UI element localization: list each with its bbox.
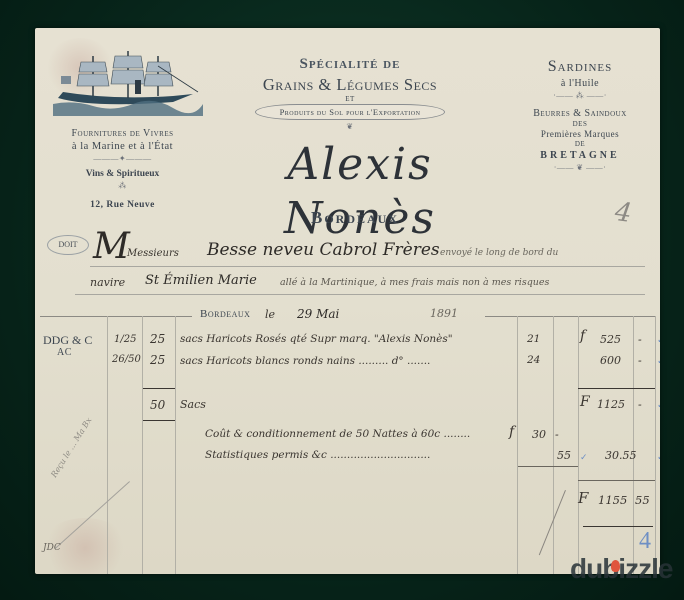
header-right-block: Sardines à l'Huile ·—— ⁂ ——· Beurres & S… — [505, 58, 655, 172]
address-line: 12, Rue Neuve — [35, 200, 210, 210]
check-mark-icon: ✓ — [657, 452, 660, 463]
item-mark-secondary: AC — [57, 347, 72, 358]
charges-total: 30.55 — [605, 449, 637, 462]
total-top-rule — [578, 480, 655, 481]
salutation-initial: M — [93, 226, 130, 267]
qty-total-rule — [143, 420, 175, 421]
oil-line: à l'Huile — [505, 78, 655, 89]
subtotal-cents: - — [638, 398, 642, 411]
item-description: sacs Haricots Rosés qté Supr marq. "Alex… — [180, 333, 453, 345]
item-cents: - — [638, 333, 642, 346]
de-label: DE — [505, 140, 655, 148]
item-amount: 525 — [600, 333, 621, 346]
col-divider — [142, 316, 143, 574]
grains-heading: Grains & Légumes Secs — [220, 75, 480, 95]
watermark-logo: dubizzle — [570, 553, 672, 585]
header-left-block: Fournitures de Vivres à la Marine et à l… — [35, 128, 210, 210]
subtotal-amount: 1125 — [597, 398, 625, 411]
col-divider — [175, 316, 176, 574]
doit-label: DOIT — [47, 235, 89, 255]
check-mark-icon: ✓ — [580, 452, 588, 463]
check-mark-icon: ✓ — [657, 356, 660, 367]
item-qty: 25 — [150, 353, 165, 367]
recipient-name: Besse neveu Cabrol Frères — [207, 240, 440, 260]
item-description: sacs Haricots blancs ronds nains .......… — [180, 355, 430, 367]
dateline-year: 1891 — [430, 307, 458, 320]
dateline-le: le — [265, 308, 275, 321]
des-label: DES — [505, 120, 655, 128]
wines-spirits-line: Vins & Spiritueux — [35, 169, 210, 179]
navire-label: navire — [90, 276, 125, 289]
col-divider — [107, 316, 108, 574]
total-cents: 55 — [635, 493, 650, 507]
flourish-icon: ❦ — [220, 122, 480, 131]
item-qty: 25 — [150, 332, 165, 346]
charge-description: Coût & conditionnement de 50 Nattes à 60… — [205, 428, 470, 440]
check-mark-icon: ✓ — [657, 335, 660, 346]
subtotal-label: Sacs — [180, 398, 206, 411]
header-center-block: Spécialité de Grains & Légumes Secs ET P… — [220, 56, 480, 131]
total-currency: F — [578, 489, 588, 507]
salutation: Messieurs — [127, 248, 179, 259]
pencil-mark: 4 — [613, 197, 634, 229]
export-banner: Produits du Sol pour l'Exportation — [255, 104, 445, 120]
charge-amount: 30 — [532, 428, 546, 441]
doit-rule — [90, 266, 645, 267]
total-amount: 1155 — [598, 493, 627, 507]
check-mark-icon: ✓ — [657, 400, 660, 411]
item-numbers: 1/25 — [114, 334, 136, 345]
charge-cents: - — [555, 428, 559, 441]
flame-icon — [611, 560, 620, 572]
flourish-icon: ⁂ — [35, 181, 210, 190]
col-divider — [517, 316, 518, 574]
butter-line: Beurres & Saindoux — [505, 108, 655, 119]
qty-sum-rule — [143, 388, 175, 389]
flourish-icon: ———✦——— — [35, 154, 210, 163]
flourish-icon: ·—— ⁂ ——· — [505, 91, 655, 100]
item-mark: DDG & C — [43, 333, 92, 348]
subtotal-qty: 50 — [150, 398, 165, 412]
charge-description: Statistiques permis &c .................… — [205, 449, 430, 461]
item-price: 24 — [527, 354, 540, 366]
ship-illustration-icon — [53, 46, 203, 121]
col-divider — [578, 316, 579, 574]
charge-cents: 55 — [557, 449, 571, 462]
item-amount: 600 — [600, 354, 621, 367]
item-numbers: 26/50 — [112, 354, 141, 365]
initials: JDC — [43, 543, 61, 553]
subtotal-currency: F — [580, 394, 590, 410]
amount-sum-rule — [578, 388, 655, 389]
navy-state-line: à la Marine et à l'État — [35, 141, 210, 152]
margin-note: Reçu le ... Ma Bx — [49, 416, 93, 479]
item-currency: f — [580, 328, 585, 344]
dateline-rule-right — [485, 316, 655, 317]
bretagne-line: BRETAGNE — [505, 150, 655, 161]
specialty-heading: Spécialité de — [220, 56, 480, 73]
item-cents: - — [638, 354, 642, 367]
sardines-heading: Sardines — [505, 58, 655, 76]
dateline-rule-left — [40, 316, 192, 317]
total-underline — [583, 526, 653, 527]
item-price: 21 — [527, 333, 540, 345]
col-divider — [633, 316, 634, 574]
dateline-date: 29 Mai — [297, 307, 339, 321]
et-label: ET — [220, 95, 480, 103]
blue-pencil-mark: 4 — [639, 528, 651, 555]
invoice-sheet: Fournitures de Vivres à la Marine et à l… — [35, 28, 660, 574]
supplies-line: Fournitures de Vivres — [35, 128, 210, 139]
brands-line: Premières Marques — [505, 129, 655, 139]
dateline-city: Bordeaux — [200, 308, 250, 320]
merchant-name: Alexis Nonès — [205, 138, 515, 246]
navire-rule — [75, 294, 645, 295]
flourish-icon: ·—— ❦ ——· — [505, 163, 655, 172]
col-divider — [553, 316, 554, 574]
charges-rule — [518, 466, 578, 467]
delivery-note-1: envoyé le long de bord du — [440, 248, 558, 258]
col-divider — [655, 316, 656, 574]
charge-currency: f — [509, 424, 514, 440]
ship-name: St Émilien Marie — [145, 273, 257, 288]
city-heading: Bordeaux — [280, 208, 430, 228]
delivery-note-2: allé à la Martinique, à mes frais mais n… — [280, 277, 549, 288]
